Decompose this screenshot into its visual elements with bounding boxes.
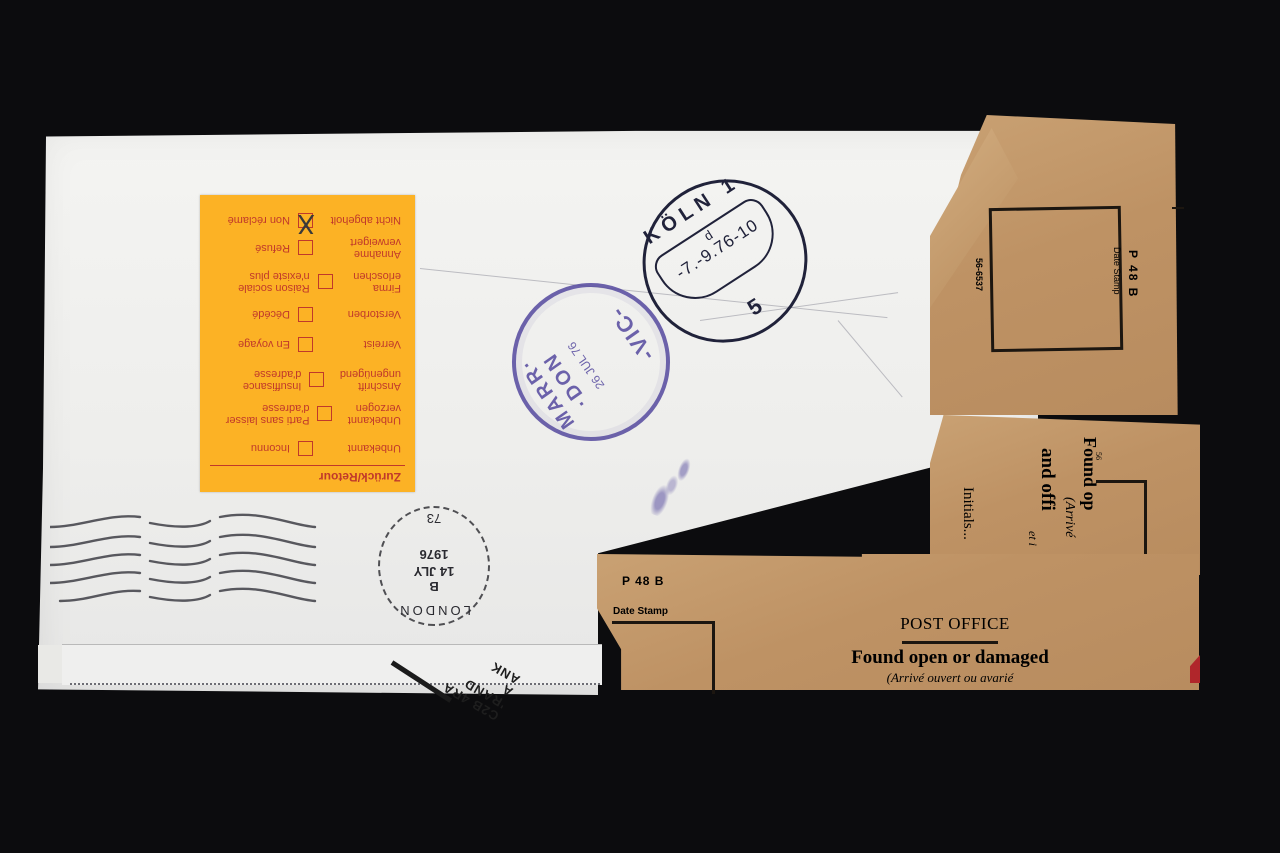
handwritten-x-icon: X: [297, 210, 315, 236]
reason-de: Unbekannt verzogen: [340, 402, 401, 426]
return-label-title: Zurück/Retour: [210, 465, 405, 484]
postmark-year: 1976: [380, 547, 488, 562]
reason-fr: Refusé: [255, 242, 290, 254]
reason-checkbox: [298, 337, 313, 352]
partial-official-text: and offi: [1036, 448, 1058, 511]
reason-de: Anschrift ungenügend: [332, 368, 401, 392]
reason-checkbox: [298, 307, 313, 322]
return-reason-row: Verreist En voyage: [208, 337, 401, 352]
form-code: P 48 B: [1126, 250, 1140, 298]
partial-arrive-text: (Arrivé: [1061, 497, 1077, 537]
heading-rule: [902, 641, 998, 644]
return-reason-row: Verstorben Décédé: [208, 307, 401, 322]
reason-de: Unbekannt: [321, 443, 401, 455]
date-stamp-box: [612, 621, 715, 694]
reason-fr: Insuffisance d'adresse: [208, 368, 301, 392]
reason-fr: Raison sociale n'existe plus: [208, 270, 310, 294]
return-reason-row: Annahme verweigert Refusé: [208, 236, 401, 260]
postmark-day: 14 JLY: [380, 564, 488, 579]
date-stamp-box: [989, 206, 1123, 352]
postmark-number: 73: [380, 511, 488, 526]
london-postmark: LONDON B 14 JLY 1976 73: [378, 506, 490, 626]
wavy-cancellation-icon: [50, 505, 320, 615]
reason-checkbox: [309, 373, 324, 388]
reason-fr: En voyage: [238, 339, 290, 351]
return-reason-row: Anschrift ungenügend Insuffisance d'adre…: [208, 368, 401, 392]
return-reason-row: Unbekannt Inconnu: [208, 441, 401, 456]
found-open-damaged-french: (Arrivé ouvert ou avarié: [840, 670, 1060, 686]
reason-de: Annahme verweigert: [321, 236, 401, 260]
reason-checkbox: [318, 275, 333, 290]
airmail-border: [70, 683, 600, 685]
date-stamp-label: Date Stamp: [613, 606, 668, 617]
reason-de: Firma erloschen: [341, 270, 401, 294]
label-tick: [1172, 207, 1184, 209]
return-to-sender-label: Zurück/Retour Unbekannt Inconnu Unbekann…: [200, 195, 415, 492]
reason-de: Verstorben: [321, 309, 401, 321]
partial-found-text: Found op: [1079, 437, 1100, 511]
return-reason-row: Unbekannt verzogen Parti sans laisser d'…: [208, 402, 401, 426]
reason-checkbox: [317, 407, 332, 422]
postmark-code: B: [380, 579, 488, 594]
photo-scene: Zurück/Retour Unbekannt Inconnu Unbekann…: [0, 0, 1280, 853]
postmark-city: LONDON: [380, 603, 488, 618]
reason-checkbox: [298, 441, 313, 456]
reason-de: Verreist: [321, 339, 401, 351]
return-reason-row: Nicht abgeholt X Non réclamé: [208, 213, 401, 228]
partial-et-text: et i: [1025, 531, 1040, 546]
reason-fr: Décédé: [252, 309, 290, 321]
reason-checkbox-checked: X: [298, 213, 313, 228]
reason-checkbox: [298, 241, 313, 256]
post-office-heading: POST OFFICE: [870, 614, 1040, 634]
reason-fr: Parti sans laisser d'adresse: [208, 402, 309, 426]
serial-number: 56-6537: [974, 258, 984, 291]
reason-fr: Inconnu: [251, 443, 290, 455]
reason-de: Nicht abgeholt: [321, 215, 401, 227]
return-reason-row: Firma erloschen Raison sociale n'existe …: [208, 270, 401, 294]
found-open-damaged-text: Found open or damaged: [800, 647, 1100, 669]
reason-fr: Non réclamé: [228, 215, 290, 227]
envelope-bottom-flap: [62, 644, 602, 685]
form-code: P 48 B: [622, 574, 664, 588]
date-stamp-label: Date Stamp: [1112, 247, 1122, 295]
initials-label: Initials...: [959, 487, 976, 540]
